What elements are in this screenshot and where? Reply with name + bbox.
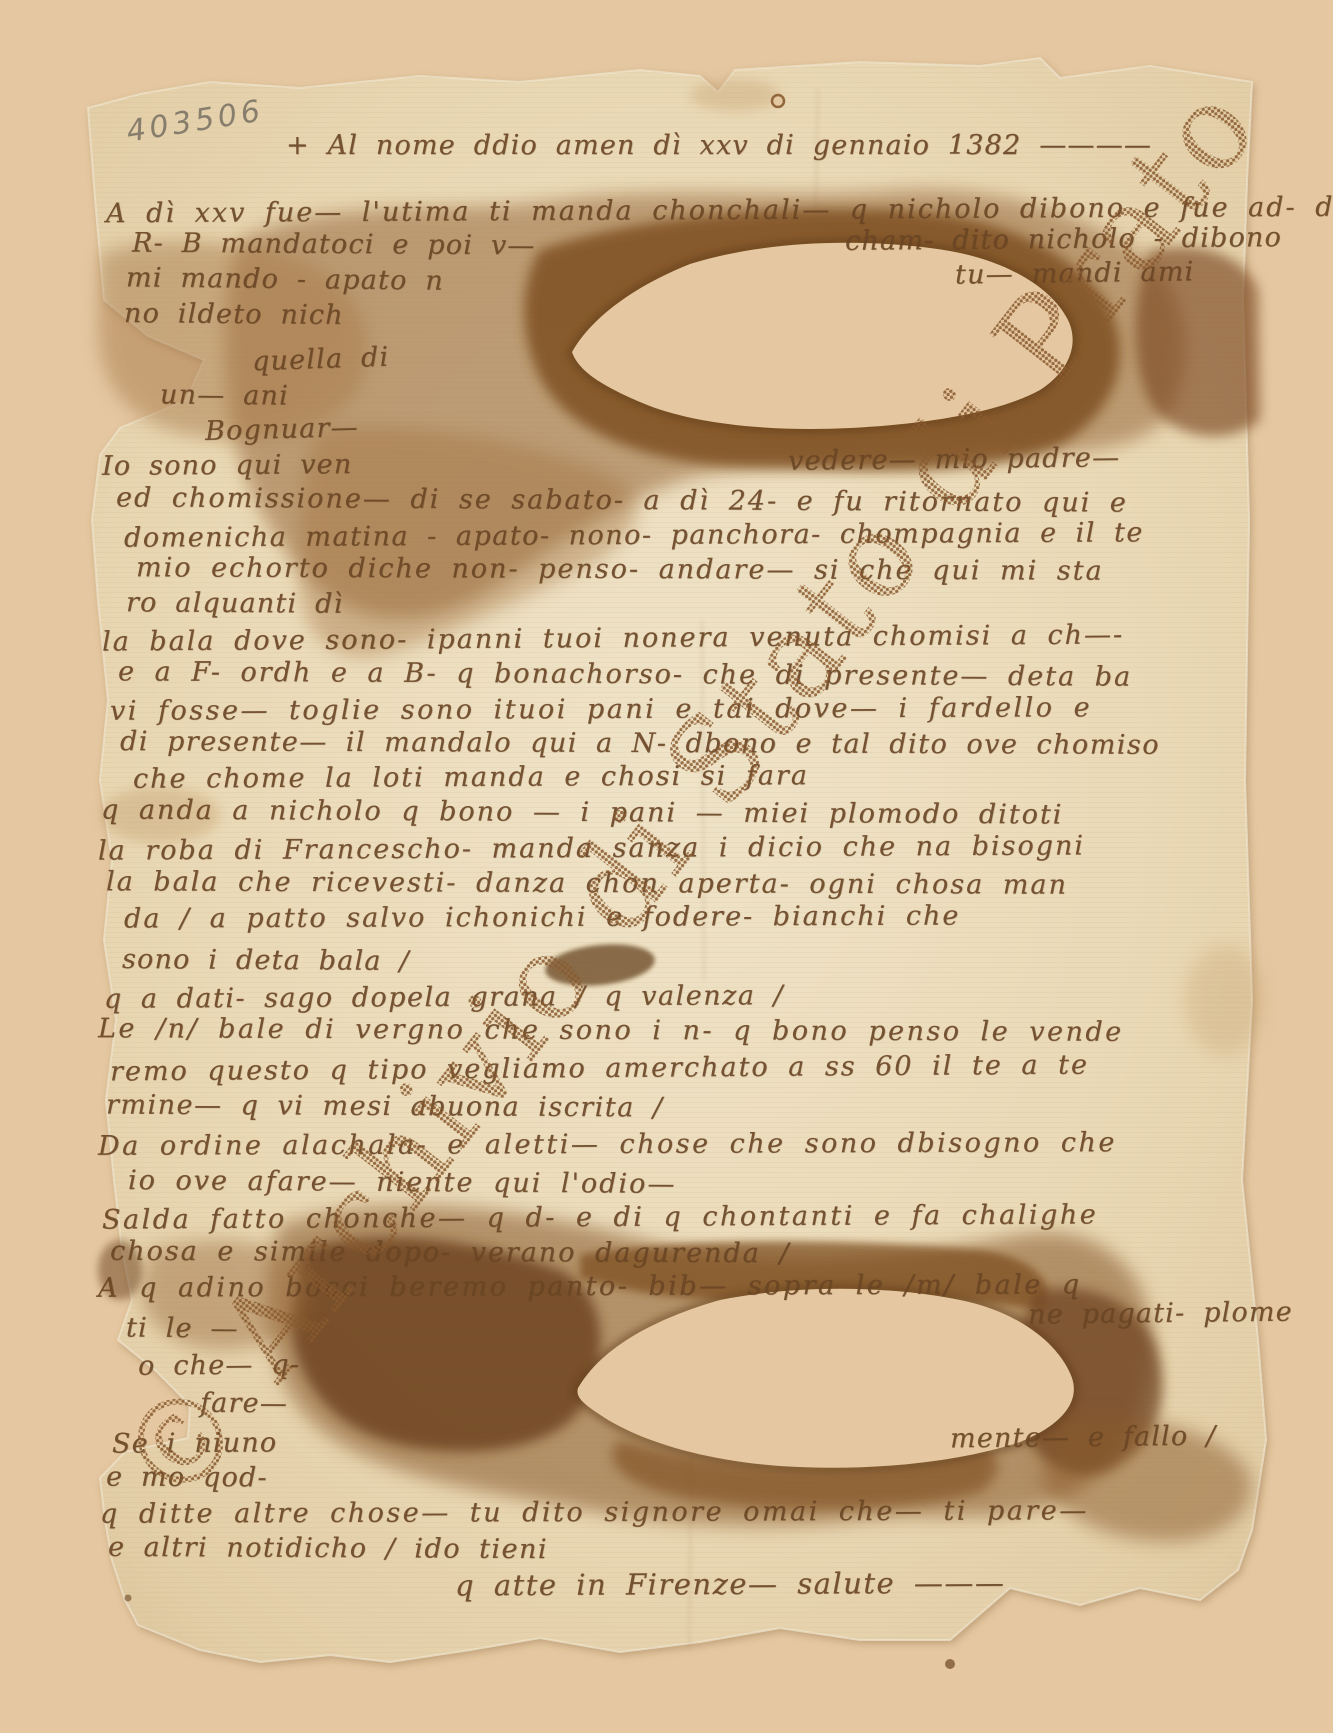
manuscript-line: da / a patto salvo ichonichi e fodere- b… [124,903,960,933]
manuscript-line: Io sono qui ven [102,451,353,480]
manuscript-line: cham- dito nicholo - dibono [845,224,1282,255]
manuscript-line: ro alquanti dì [126,589,344,618]
manuscript-line: o che— q- [138,1351,300,1379]
handwriting-layer: + Al nome ddio amen dì xxv di gennaio 13… [0,0,1333,1733]
manuscript-line: la bala dove sono- ipanni tuoi nonera ve… [102,621,1124,655]
manuscript-line: chosa e simile dopo- verano dagurenda / [110,1238,791,1267]
manuscript-line: domenicha matina - apato- nono- panchora… [124,519,1144,551]
manuscript-line: mio echorto diche non- penso- andare— si… [136,554,1104,584]
manuscript-line: Se i niuno [112,1429,278,1457]
manuscript-line: q atte in Firenze— salute ——— [455,1569,1006,1601]
manuscript-line: fare— [200,1390,288,1418]
manuscript-letter-scan: 403506 + Al nome ddio amen dì xxv di gen… [0,0,1333,1733]
manuscript-line: ti le — [126,1315,239,1343]
manuscript-line: io ove afare— niente qui l'odio— [128,1167,677,1198]
manuscript-line: Le /n/ bale di vergno che sono i n- q bo… [98,1015,1124,1046]
invocation-header-line: + Al nome ddio amen dì xxv di gennaio 13… [286,132,1152,159]
manuscript-line: q anda a nicholo q bono — i pani — miei … [101,796,1064,828]
manuscript-line: Da ordine alachala- e aletti— chose che … [98,1129,1117,1160]
manuscript-line: Salda fatto chonche— q d- e di q chontan… [102,1201,1098,1233]
manuscript-line: la roba di Francescho- manda sanza i dic… [98,832,1085,864]
manuscript-line: mi mando - apato n [126,264,444,294]
manuscript-line: remo questo q tipo vegliamo amerchato a … [110,1052,1089,1086]
manuscript-line: e a F- ordh e a B- q bonachorso- che di … [118,658,1132,690]
manuscript-line: la bala che ricevesti- danza chon aperta… [106,868,1068,898]
manuscript-line: che chome la loti manda e chosi si fara [133,762,809,793]
manuscript-line: A dì xxv fue— l'utima ti manda chonchali… [106,194,1333,227]
manuscript-line: ed chomissione— di se sabato- a dì 24- e… [116,484,1128,516]
manuscript-line: vedere— mio padre— [788,444,1120,474]
manuscript-line: quella di [252,344,390,376]
manuscript-line: rmine— q vi mesi abuona iscrita / [106,1092,664,1122]
manuscript-line: mente— e fallo / [950,1423,1217,1453]
manuscript-line: un— ani [160,381,289,409]
manuscript-line: R- B mandatoci e poi v— [132,230,536,260]
manuscript-line: sono i deta bala / [122,946,410,975]
manuscript-line: q a dati- sago dopela grana / q valenza … [104,982,784,1013]
manuscript-line: di presente— il mandalo qui a N- dbono e… [120,728,1160,759]
manuscript-line: vi fosse— toglie sono ituoi pani e tai d… [110,694,1092,724]
manuscript-line: e altri notidicho / ido tieni [108,1534,548,1563]
manuscript-line: e mo qod- [106,1464,268,1492]
manuscript-line: tu— mandi ami [955,258,1195,288]
manuscript-line: q ditte altre chose— tu dito signore oma… [100,1497,1089,1527]
manuscript-line: A q adino bocci beremo panto- bib— sopra… [98,1271,1082,1301]
manuscript-line: ne pagati- plome [1028,1299,1293,1329]
manuscript-line: Bognuar— [205,414,359,445]
manuscript-line: no ildeto nich [124,300,344,329]
